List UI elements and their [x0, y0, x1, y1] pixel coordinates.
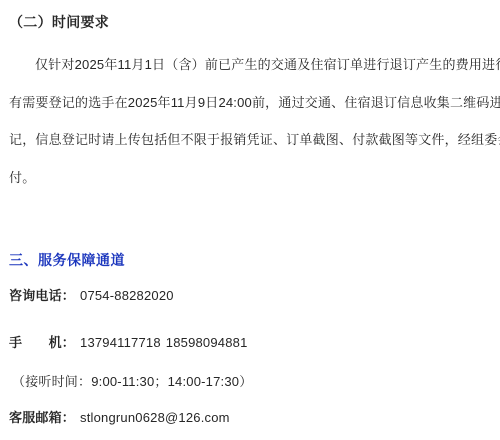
document-body: （二）时间要求 仅针对2025年11月1日（含）前已产生的交通及住宿订单进行退订… — [0, 0, 500, 440]
email-address: stlongrun0628@126.com — [80, 410, 230, 425]
service-channel-heading: 三、服务保障通道 — [9, 250, 492, 270]
mobile-number-1: 13794117718 — [80, 335, 161, 350]
email-row: 客服邮箱：stlongrun0628@126.com — [9, 408, 492, 428]
mobile-row: 手 机：1379411771818598094881 — [9, 333, 492, 353]
paragraph-line: 有需要登记的选手在2025年11月9日24:00前，通过交通、住宿退订信息收集二… — [9, 84, 492, 122]
email-label: 客服邮箱： — [9, 410, 75, 425]
hotline-number: 0754-88282020 — [80, 288, 174, 303]
hotline-label: 咨询电话： — [9, 288, 75, 303]
hotline-row: 咨询电话：0754-88282020 — [9, 286, 492, 306]
time-requirements-heading: （二）时间要求 — [9, 12, 492, 32]
paragraph-line: 记，信息登记时请上传包括但不限于报销凭证、订单截图、付款截图等文件，经组委会审核… — [9, 121, 492, 159]
answer-hours-note: （接听时间：9:00-11:30；14:00-17:30） — [12, 374, 252, 389]
time-requirements-paragraph: 仅针对2025年11月1日（含）前已产生的交通及住宿订单进行退订产生的费用进行补… — [9, 46, 492, 196]
mobile-label: 手 机： — [9, 335, 75, 350]
answer-hours-row: （接听时间：9:00-11:30；14:00-17:30） — [9, 372, 492, 392]
mobile-number-2: 18598094881 — [166, 335, 248, 350]
paragraph-line: 仅针对2025年11月1日（含）前已产生的交通及住宿订单进行退订产生的费用进行补… — [9, 46, 492, 84]
paragraph-line: 付。 — [9, 159, 492, 197]
